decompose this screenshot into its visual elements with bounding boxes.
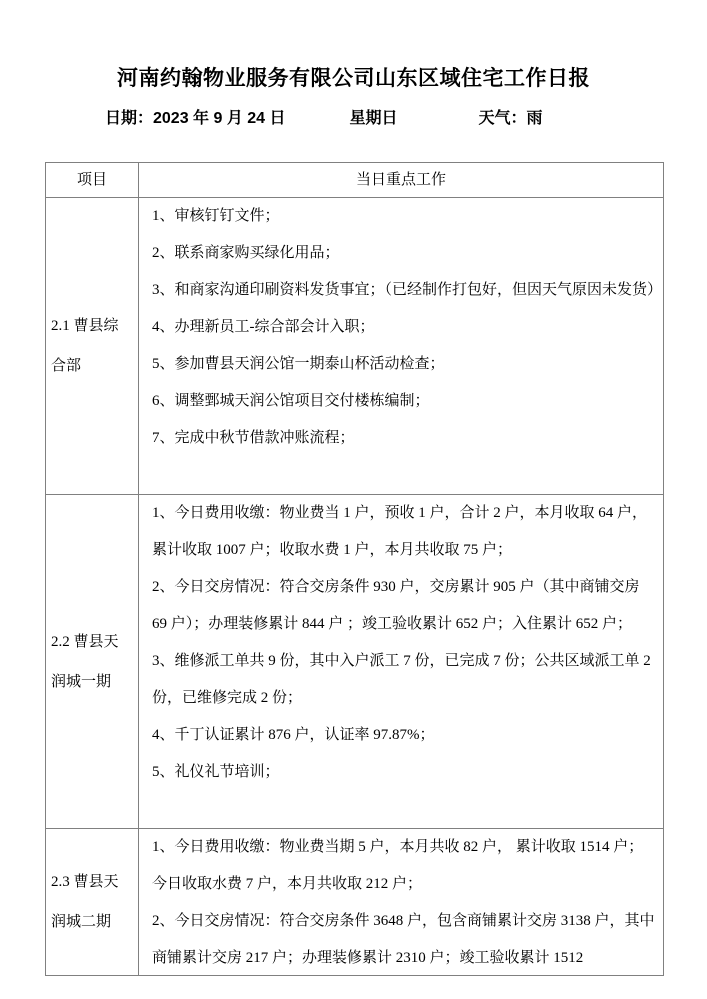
date-field: 日期：2023 年 9 月 24 日 [105,107,286,131]
work-cell: 1、审核钉钉文件； 2、联系商家购买绿化用品； 3、和商家沟通印刷资料发货事宜；… [139,198,664,495]
weather-field: 天气：雨 [479,107,543,131]
table-row: 2.2 曹县天润城一期 1、今日费用收缴：物业费当 1 户，预收 1 户，合计 … [46,495,664,829]
weekday-field: 星期日 [350,107,398,131]
daily-report-table: 项目 当日重点工作 2.1 曹县综合部 1、审核钉钉文件； 2、联系商家购买绿化… [45,162,664,976]
work-item: 2、联系商家购买绿化用品； [152,235,657,272]
work-cell: 1、今日费用收缴：物业费当 1 户，预收 1 户，合计 2 户，本月收取 64 … [139,495,664,829]
work-item: 3、和商家沟通印刷资料发货事宜；（已经制作打包好，但因天气原因未发货） [152,272,657,309]
project-cell: 2.3 曹县天润城二期 [46,829,139,976]
work-item: 2、今日交房情况：符合交房条件 3648 户，包含商铺累计交房 3138 户，其… [152,903,657,975]
table-header-project: 项目 [46,163,139,198]
project-cell: 2.2 曹县天润城一期 [46,495,139,829]
table-row: 2.3 曹县天润城二期 1、今日费用收缴：物业费当期 5 户，本月共收 82 户… [46,829,664,976]
work-item: 1、今日费用收缴：物业费当 1 户，预收 1 户，合计 2 户，本月收取 64 … [152,495,657,569]
work-item: 1、今日费用收缴：物业费当期 5 户，本月共收 82 户， 累计收取 1514 … [152,829,657,903]
work-cell: 1、今日费用收缴：物业费当期 5 户，本月共收 82 户， 累计收取 1514 … [139,829,664,976]
document-title: 河南约翰物业服务有限公司山东区域住宅工作日报 [0,64,707,94]
work-cell-content: 1、今日费用收缴：物业费当 1 户，预收 1 户，合计 2 户，本月收取 64 … [152,495,657,828]
meta-row: 日期：2023 年 9 月 24 日 星期日 天气：雨 [105,107,707,131]
project-cell: 2.1 曹县综合部 [46,198,139,495]
work-item: 7、完成中秋节借款冲账流程； [152,420,657,457]
work-item: 5、参加曹县天润公馆一期泰山杯活动检查； [152,346,657,383]
work-item: 2、今日交房情况：符合交房条件 930 户，交房累计 905 户（其中商铺交房 … [152,569,657,643]
work-cell-content: 1、审核钉钉文件； 2、联系商家购买绿化用品； 3、和商家沟通印刷资料发货事宜；… [152,198,657,494]
work-item: 3、维修派工单共 9 份，其中入户派工 7 份，已完成 7 份；公共区域派工单 … [152,643,657,717]
table-header-row: 项目 当日重点工作 [46,163,664,198]
work-item: 4、千丁认证累计 876 户，认证率 97.87%； [152,717,657,754]
table-row: 2.1 曹县综合部 1、审核钉钉文件； 2、联系商家购买绿化用品； 3、和商家沟… [46,198,664,495]
table-header-work: 当日重点工作 [139,163,664,198]
work-item: 1、审核钉钉文件； [152,198,657,235]
work-item: 5、礼仪礼节培训； [152,754,657,791]
work-cell-content: 1、今日费用收缴：物业费当期 5 户，本月共收 82 户， 累计收取 1514 … [152,829,657,975]
work-item: 4、办理新员工-综合部会计入职； [152,309,657,346]
work-item: 6、调整鄄城天润公馆项目交付楼栋编制； [152,383,657,420]
